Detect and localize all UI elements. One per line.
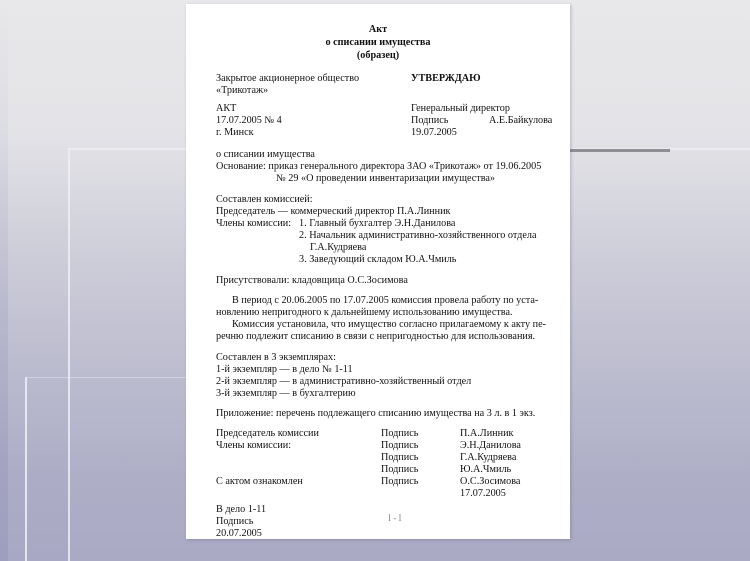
filing-sign: Подпись: [216, 516, 253, 529]
approve-heading: УТВЕРЖДАЮ: [411, 73, 481, 86]
approver-sign-label: Подпись: [411, 115, 448, 128]
background-panel-outline-secondary: [25, 377, 187, 561]
page-mark: I - I: [388, 512, 402, 525]
signatory-name: Ю.А.Чмиль: [460, 464, 511, 477]
basis-line-2: № 29 «О проведении инвентаризации имущес…: [276, 173, 495, 186]
document-page: Акт о списании имущества (образец) Закры…: [186, 4, 570, 539]
commission-member: 2. Начальник административно-хозяйственн…: [299, 230, 537, 243]
commission-heading: Составлен комиссией:: [216, 194, 313, 207]
signatory-name: П.А.Линник: [460, 428, 513, 441]
sign-acquainted-label: С актом ознакомлен: [216, 476, 303, 489]
decorative-rule: [570, 149, 670, 152]
basis-line-1: Основание: приказ генерального директора…: [216, 161, 541, 174]
present-line: Присутствовали: кладовщица О.С.Зосимова: [216, 275, 408, 288]
signature-word: Подпись: [381, 452, 418, 465]
filing-date: 20.07.2005: [216, 528, 262, 541]
body-paragraph-line: речню подлежит списанию в связи с неприг…: [216, 331, 535, 344]
subject-line: о списании имущества: [216, 149, 315, 162]
document-note: (образец): [186, 50, 570, 63]
document-title: Акт: [186, 24, 570, 37]
body-paragraph-line: Комиссия установила, что имущество согла…: [232, 319, 546, 332]
document-subtitle: о списании имущества: [186, 37, 570, 50]
doc-date-number: 17.07.2005 № 4: [216, 115, 282, 128]
copies-heading: Составлен в 3 экземплярах:: [216, 352, 336, 365]
org-name-line1: Закрытое акционерное общество: [216, 73, 359, 86]
commission-member: 1. Главный бухгалтер Э.Н.Данилова: [299, 218, 455, 231]
signatory-name: О.С.Зосимова: [460, 476, 520, 489]
body-paragraph-line: новлению непригодного к дальнейшему испо…: [216, 307, 513, 320]
org-name-line2: «Трикотаж»: [216, 85, 268, 98]
signature-word: Подпись: [381, 428, 418, 441]
approver-position: Генеральный директор: [411, 103, 510, 116]
signatory-name: Г.А.Кудряева: [460, 452, 516, 465]
appendix-line: Приложение: перечень подлежащего списани…: [216, 408, 535, 421]
commission-members-label: Члены комиссии:: [216, 218, 291, 231]
sign-chairman-label: Председатель комиссии: [216, 428, 319, 441]
commission-chairman: Председатель — коммерческий директор П.А…: [216, 206, 450, 219]
doc-city: г. Минск: [216, 127, 254, 140]
copies-item: 1-й экземпляр — в дело № 1-11: [216, 364, 353, 377]
approval-date: 19.07.2005: [411, 127, 457, 140]
filing-line: В дело 1-11: [216, 504, 266, 517]
body-paragraph-line: В период с 20.06.2005 по 17.07.2005 коми…: [232, 295, 538, 308]
signature-date: 17.07.2005: [460, 488, 506, 501]
background-band: [0, 0, 8, 561]
signature-word: Подпись: [381, 476, 418, 489]
commission-member: 3. Заведующий складом Ю.А.Чмиль: [299, 254, 456, 267]
sign-members-label: Члены комиссии:: [216, 440, 291, 453]
commission-member-continued: Г.А.Кудряева: [310, 242, 366, 255]
copies-item: 3-й экземпляр — в бухгалтерию: [216, 388, 356, 401]
approver-name: А.Е.Байкулова: [489, 115, 552, 128]
signature-word: Подпись: [381, 464, 418, 477]
signatory-name: Э.Н.Данилова: [460, 440, 521, 453]
signature-word: Подпись: [381, 440, 418, 453]
doc-type: АКТ: [216, 103, 236, 116]
copies-item: 2-й экземпляр — в административно-хозяйс…: [216, 376, 471, 389]
